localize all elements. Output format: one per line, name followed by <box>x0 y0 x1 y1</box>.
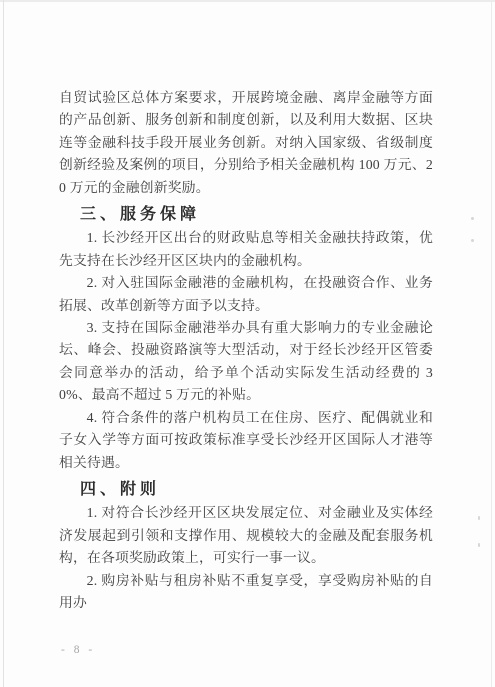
paragraph-clause-4: 4. 符合条件的落户机构员工在住房、医疗、配偶就业和子女入学等方面可按政策标准享… <box>59 407 433 474</box>
paragraph-clause-1: 1. 长沙经开区出台的财政贴息等相关金融扶持政策，优先支持在长沙经开区区块内的金… <box>59 227 433 272</box>
scan-edge-left <box>3 0 4 687</box>
section-heading-supplementary-provisions: 四、附则 <box>80 479 433 501</box>
paragraph-supplementary-2: 2. 购房补贴与租房补贴不重复享受，享受购房补贴的自用办 <box>59 570 433 615</box>
paragraph-clause-2: 2. 对入驻国际金融港的金融机构，在投融资合作、业务拓展、改革创新等方面予以支持… <box>59 272 433 317</box>
scan-edge-right <box>491 0 492 687</box>
scan-artifact <box>471 217 474 220</box>
scan-edge-top <box>0 0 495 2</box>
page-number: - 8 - <box>61 644 95 656</box>
paragraph-continuation: 自贸试验区总体方案要求，开展跨境金融、离岸金融等方面的产品创新、服务创新和制度创… <box>59 87 433 199</box>
scan-artifact <box>478 543 480 547</box>
paragraph-clause-3: 3. 支持在国际金融港举办具有重大影响力的专业金融论坛、峰会、投融资路演等大型活… <box>59 317 433 407</box>
scan-artifact <box>478 516 480 520</box>
scan-artifact <box>471 239 474 242</box>
paragraph-supplementary-1: 1. 对符合长沙经开区区块发展定位、对金融业及实体经济发展起到引领和支撑作用、规… <box>59 502 433 569</box>
document-body: 自贸试验区总体方案要求，开展跨境金融、离岸金融等方面的产品创新、服务创新和制度创… <box>59 87 433 614</box>
section-heading-service-guarantee: 三、服务保障 <box>80 204 433 226</box>
document-page: 自贸试验区总体方案要求，开展跨境金融、离岸金融等方面的产品创新、服务创新和制度创… <box>0 0 495 687</box>
